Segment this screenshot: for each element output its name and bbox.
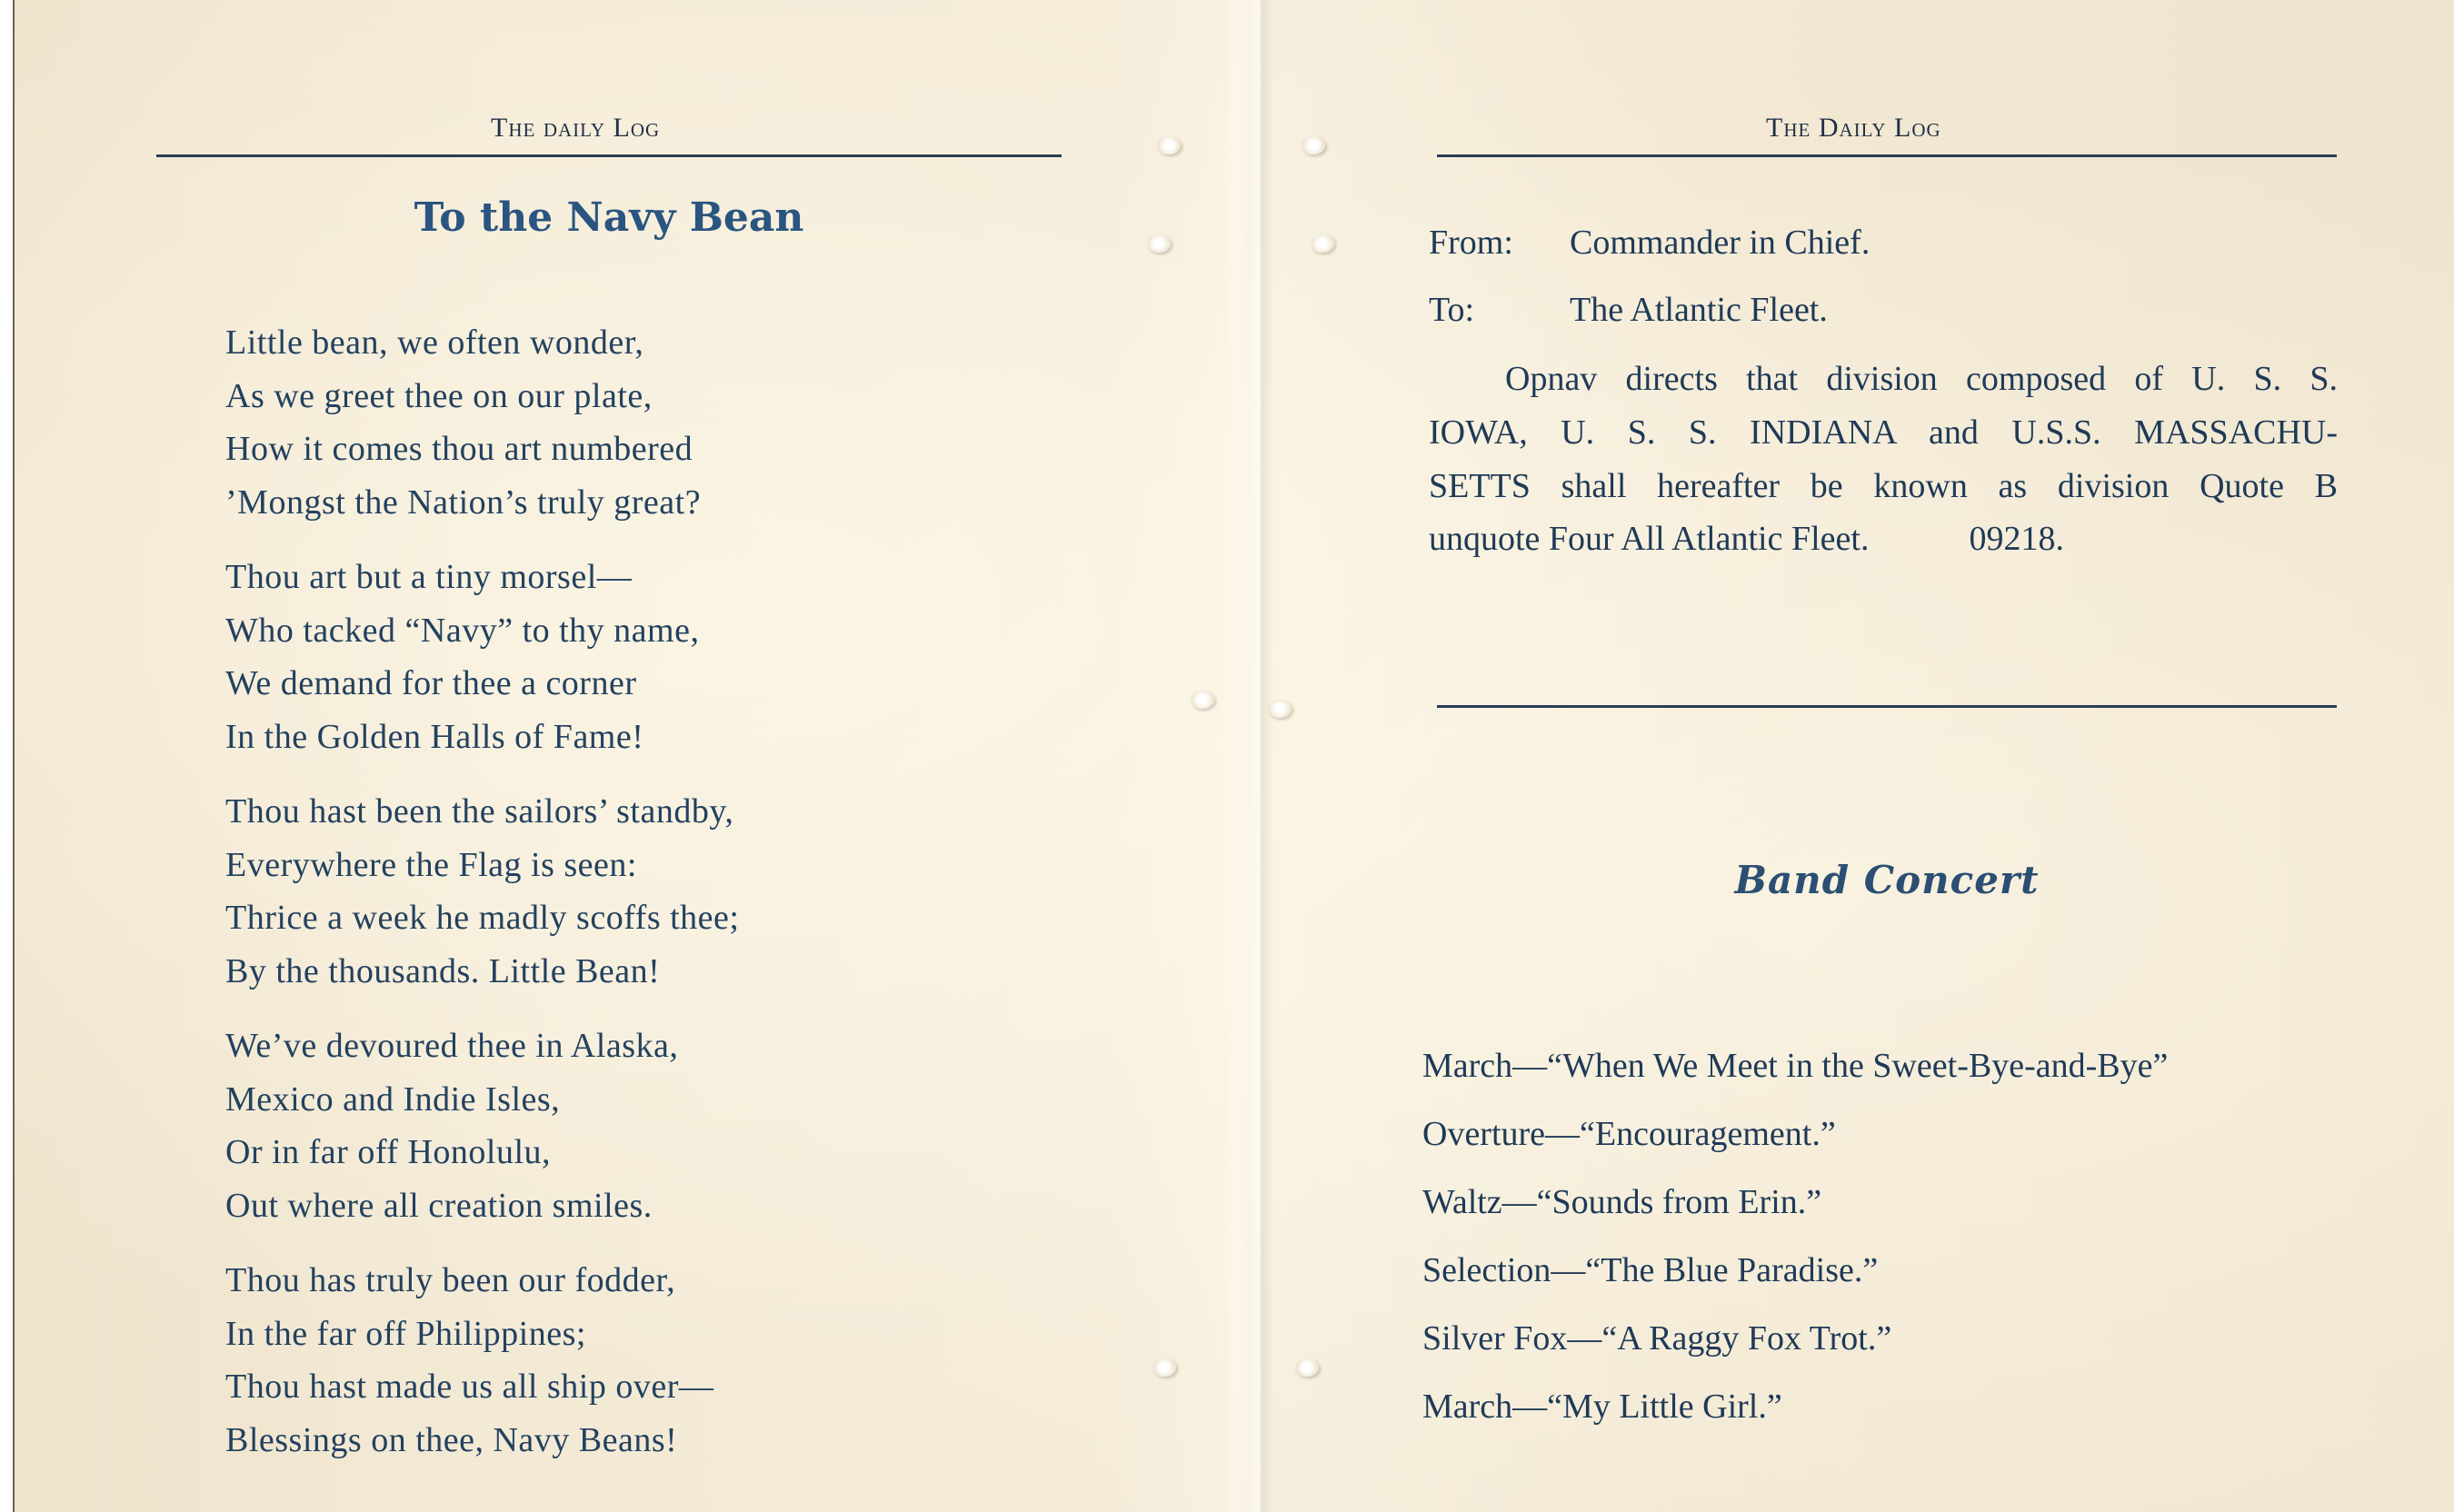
memo-line: unquote Four All Atlantic Fleet.09218. xyxy=(1429,512,2338,566)
memo-line: SETTS shall hereafter be known as divisi… xyxy=(1429,460,2338,513)
fleet-memo: From:Commander in Chief. To:The Atlantic… xyxy=(1429,218,2338,566)
poem-line: Or in far off Honolulu, xyxy=(225,1126,739,1179)
staple-hole xyxy=(1311,234,1334,253)
poem-stanza: We’ve devoured thee in Alaska,Mexico and… xyxy=(225,1020,739,1232)
program-item: March—“When We Meet in the Sweet-Bye-and… xyxy=(1422,1041,2168,1109)
staple-hole xyxy=(1268,700,1292,718)
program-item: Silver Fox—“A Raggy Fox Trot.” xyxy=(1422,1314,2168,1382)
poem-title: To the Navy Bean xyxy=(156,194,1062,241)
poem-line: Who tacked “Navy” to thy name, xyxy=(225,604,739,658)
memo-line: Opnav directs that division composed of … xyxy=(1429,353,2338,406)
header-rule xyxy=(156,154,1062,157)
running-head: The Daily Log xyxy=(1766,113,1941,144)
poem: Little bean, we often wonder,As we greet… xyxy=(225,316,739,1488)
poem-stanza: Little bean, we often wonder,As we greet… xyxy=(225,316,739,529)
staple-hole xyxy=(1191,691,1214,709)
poem-line: Out where all creation smiles. xyxy=(225,1179,739,1233)
poem-line: As we greet thee on our plate, xyxy=(225,370,739,423)
center-fold xyxy=(1247,0,1274,1512)
section-rule xyxy=(1437,705,2337,708)
poem-line: Thrice a week he madly scoffs thee; xyxy=(225,891,739,945)
poem-stanza: Thou art but a tiny morsel—Who tacked “N… xyxy=(225,551,739,763)
memo-line: IOWA, U. S. S. INDIANA and U.S.S. MASSAC… xyxy=(1429,406,2338,460)
poem-stanza: Thou has truly been our fodder,In the fa… xyxy=(225,1254,739,1467)
staple-hole xyxy=(1152,1358,1176,1377)
poem-line: Blessings on thee, Navy Beans! xyxy=(225,1414,739,1467)
poem-line: We demand for thee a corner xyxy=(225,657,739,711)
band-program: March—“When We Meet in the Sweet-Bye-and… xyxy=(1422,1041,2168,1450)
to-label: To: xyxy=(1429,285,1570,334)
to-value: The Atlantic Fleet. xyxy=(1570,291,1828,329)
header-rule xyxy=(1437,154,2337,157)
memo-number: 09218. xyxy=(1969,512,2064,566)
running-head: The daily Log xyxy=(491,113,660,144)
staple-hole xyxy=(1295,1358,1319,1377)
staple-hole xyxy=(1157,136,1181,154)
poem-line: Everywhere the Flag is seen: xyxy=(225,839,739,892)
poem-line: In the Golden Halls of Fame! xyxy=(225,711,739,764)
memo-from: From:Commander in Chief. xyxy=(1429,218,2338,285)
memo-body: Opnav directs that division composed of … xyxy=(1429,353,2338,566)
poem-line: Mexico and Indie Isles, xyxy=(225,1073,739,1127)
poem-line: How it comes thou art numbered xyxy=(225,423,739,476)
program-item: Overture—“Encouragement.” xyxy=(1422,1109,2168,1178)
memo-line-text: unquote Four All Atlantic Fleet. xyxy=(1429,520,1869,558)
from-label: From: xyxy=(1429,218,1570,267)
from-value: Commander in Chief. xyxy=(1570,224,1870,262)
poem-line: In the far off Philippines; xyxy=(225,1308,739,1361)
program-item: Waltz—“Sounds from Erin.” xyxy=(1422,1178,2168,1246)
program-item: Selection—“The Blue Paradise.” xyxy=(1422,1246,2168,1314)
staple-hole xyxy=(1147,234,1171,253)
poem-line: Thou art but a tiny morsel— xyxy=(225,551,739,604)
poem-line: Thou hast made us all ship over— xyxy=(225,1360,739,1414)
poem-line: ’Mongst the Nation’s truly great? xyxy=(225,476,739,530)
poem-line: Little bean, we often wonder, xyxy=(225,316,739,370)
band-concert-title: Band Concert xyxy=(1437,858,2337,902)
poem-line: Thou has truly been our fodder, xyxy=(225,1254,739,1308)
poem-line: We’ve devoured thee in Alaska, xyxy=(225,1020,739,1073)
staple-hole xyxy=(1302,136,1325,154)
poem-line: Thou hast been the sailors’ standby, xyxy=(225,785,739,839)
poem-line: By the thousands. Little Bean! xyxy=(225,945,739,999)
memo-to: To:The Atlantic Fleet. xyxy=(1429,285,2338,353)
program-item: March—“My Little Girl.” xyxy=(1422,1382,2168,1450)
poem-stanza: Thou hast been the sailors’ standby,Ever… xyxy=(225,785,739,998)
